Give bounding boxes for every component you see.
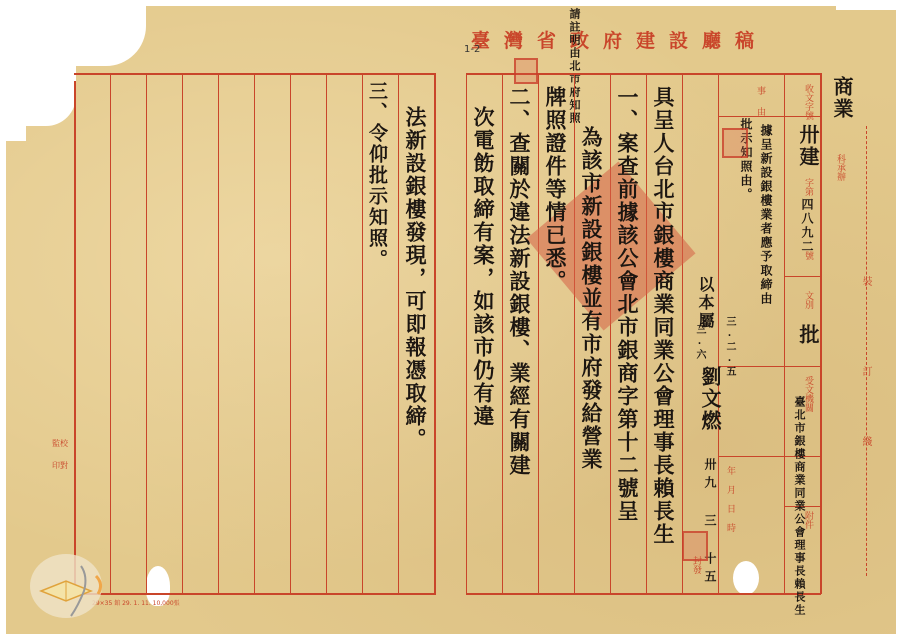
date-label: 年月日時 bbox=[724, 466, 737, 542]
doc-type-value: 批 bbox=[794, 324, 823, 346]
issue-suffix: 號 bbox=[802, 251, 815, 260]
rule bbox=[110, 73, 111, 594]
frame-top-left bbox=[74, 73, 436, 75]
seal-stamp-title bbox=[514, 58, 538, 84]
frame-bottom-left bbox=[74, 593, 436, 595]
rule bbox=[682, 73, 683, 594]
body-column-8: 三、令仰批示知照。 bbox=[364, 81, 391, 270]
signature-date-2: 三.六 bbox=[692, 324, 707, 361]
attachment-label: 附件 bbox=[802, 511, 815, 529]
binding-mark-2: 訂 bbox=[858, 366, 873, 376]
document-category: 商業 bbox=[828, 76, 857, 120]
rule bbox=[218, 73, 219, 594]
paper-tear-left-2 bbox=[6, 116, 26, 141]
rule bbox=[538, 73, 539, 594]
signature-1: 以本屬 bbox=[694, 276, 717, 330]
body-column-2: 一、案查前據該公會北市銀商字第十二號呈 bbox=[612, 86, 642, 523]
signature-2: 劉文燃 bbox=[696, 366, 725, 432]
archive-logo-icon bbox=[26, 546, 116, 626]
rule bbox=[574, 73, 575, 594]
seal-check-label: 印對 bbox=[52, 460, 68, 471]
issue-number: 四八九二 bbox=[799, 198, 816, 254]
binding-mark-3: 綫 bbox=[858, 436, 873, 446]
seal-stamp-date bbox=[682, 531, 708, 561]
paper-tear-bottom-right bbox=[733, 561, 759, 595]
body-column-6: 次電飭取締有案，如該市仍有違 bbox=[468, 106, 498, 428]
annotation-top: 請註明由北市府知照 bbox=[566, 8, 582, 54]
rule bbox=[290, 73, 291, 594]
rule bbox=[182, 73, 183, 594]
recipient-text: 臺北市銀樓商業同業公會理事長賴長生 bbox=[791, 396, 807, 586]
body-column-4: 牌照證件等情已悉。 bbox=[540, 86, 570, 293]
paper-tear-right-top bbox=[836, 6, 896, 10]
subject-label: 事由 bbox=[754, 86, 767, 128]
rule bbox=[254, 73, 255, 594]
date-value: 卅九 三 十五 bbox=[702, 458, 719, 588]
rule bbox=[466, 73, 467, 594]
receipt-label: 收文字號 bbox=[802, 84, 815, 120]
rule bbox=[784, 276, 821, 277]
doc-type-label: 文別 bbox=[802, 291, 815, 309]
rule bbox=[610, 73, 611, 594]
binding-mark-1: 裝 bbox=[858, 276, 873, 286]
rule bbox=[784, 73, 785, 594]
rule bbox=[146, 73, 147, 594]
body-column-5: 二、查關於違法新設銀樓、業經有關建 bbox=[504, 86, 534, 477]
seal-stamp-small bbox=[722, 128, 748, 158]
document-paper: 臺灣省政府建設廳稿 1-2 請註明由北市府知照 裝 訂 綫 商業 科承辦 收文字… bbox=[6, 6, 896, 634]
binding-line bbox=[866, 126, 867, 576]
frame-left bbox=[74, 81, 76, 594]
body-column-1: 具呈人台北市銀樓商業同業公會理事長賴長生 bbox=[648, 86, 678, 546]
rule bbox=[362, 73, 363, 594]
issue-label: 字第 bbox=[802, 178, 815, 196]
rule bbox=[434, 73, 436, 594]
body-column-3: 為該市新設銀樓並有市府發給營業 bbox=[576, 126, 606, 471]
form-number-mark: 1-2 bbox=[464, 44, 480, 55]
frame-bottom-right bbox=[466, 593, 821, 595]
category-suffix: 科承辦 bbox=[834, 154, 847, 181]
rule bbox=[646, 73, 647, 594]
receipt-value: 卅建 bbox=[794, 124, 823, 168]
rule bbox=[326, 73, 327, 594]
subject-text: 據呈新設銀樓業者應予取締由 bbox=[758, 124, 775, 306]
rule bbox=[398, 73, 399, 594]
form-title: 臺灣省政府建設廳稿 bbox=[471, 26, 851, 56]
proofread-label: 監校 bbox=[52, 438, 68, 449]
paper-tear-top-left bbox=[6, 6, 146, 66]
body-column-7: 法新設銀樓發現，可即報憑取締。 bbox=[400, 106, 430, 451]
rule bbox=[502, 73, 503, 594]
